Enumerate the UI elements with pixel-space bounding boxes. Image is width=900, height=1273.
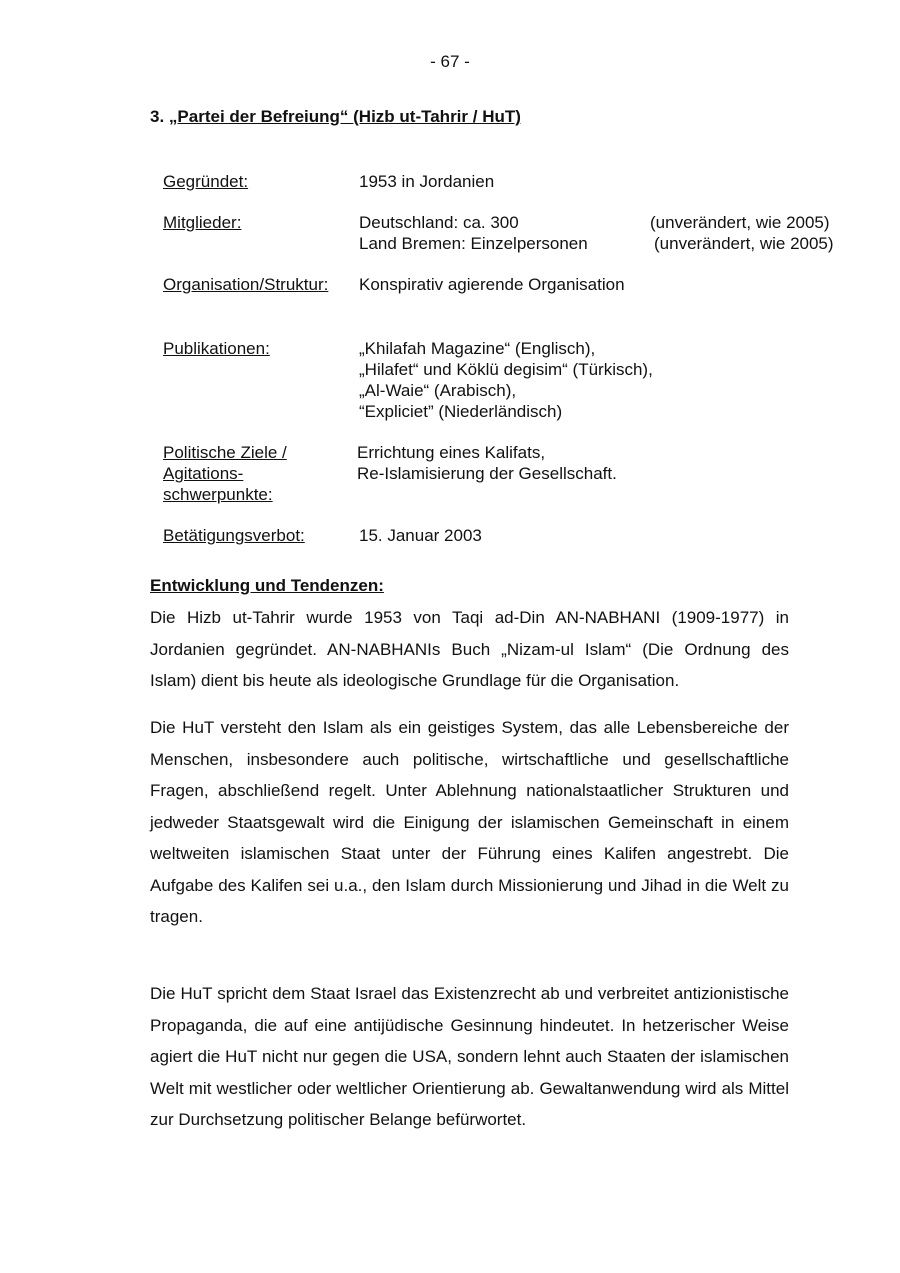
fact-label: Mitglieder: [163, 212, 241, 233]
fact-label: Betätigungsverbot: [163, 525, 305, 546]
fact-value-line: „Hilafet“ und Köklü degisim“ (Türkisch), [359, 359, 653, 380]
paragraph-2: Die HuT versteht den Islam als ein geist… [150, 712, 789, 933]
fact-label-line: schwerpunkte: [163, 484, 287, 505]
fact-value-line: Deutschland: ca. 300 [359, 212, 588, 233]
paragraph-1: Die Hizb ut-Tahrir wurde 1953 von Taqi a… [150, 602, 789, 697]
fact-value-line: Re-Islamisierung der Gesellschaft. [357, 463, 617, 484]
fact-label: Organisation/Struktur: [163, 274, 328, 295]
fact-value: Konspirativ agierende Organisation [359, 274, 625, 295]
fact-value: Deutschland: ca. 300 Land Bremen: Einzel… [359, 212, 588, 254]
section-title-text: „Partei der Befreiung“ (Hizb ut-Tahrir /… [169, 107, 521, 126]
fact-label-line: Politische Ziele / [163, 442, 287, 463]
fact-value-line: Errichtung eines Kalifats, [357, 442, 617, 463]
fact-label: Publikationen: [163, 338, 270, 359]
fact-note: (unverändert, wie 2005) [654, 233, 834, 254]
section-number: 3. [150, 107, 164, 126]
fact-value: Errichtung eines Kalifats, Re-Islamisier… [357, 442, 617, 484]
fact-value-line: Konspirativ agierende Organisation [359, 274, 625, 295]
fact-value-line: Land Bremen: Einzelpersonen [359, 233, 588, 254]
page-number: - 67 - [0, 52, 900, 72]
fact-value: 15. Januar 2003 [359, 525, 482, 546]
fact-value-line: 1953 in Jordanien [359, 171, 494, 192]
section-title: 3. „Partei der Befreiung“ (Hizb ut-Tahri… [150, 107, 521, 127]
fact-label: Gegründet: [163, 171, 248, 192]
fact-value-line: „Khilafah Magazine“ (Englisch), [359, 338, 653, 359]
fact-value: „Khilafah Magazine“ (Englisch), „Hilafet… [359, 338, 653, 422]
fact-value-line: „Al-Waie“ (Arabisch), [359, 380, 653, 401]
fact-value-line: “Expliciet” (Niederländisch) [359, 401, 653, 422]
fact-value: 1953 in Jordanien [359, 171, 494, 192]
fact-label-line: Agitations- [163, 463, 287, 484]
fact-label: Politische Ziele / Agitations- schwerpun… [163, 442, 287, 505]
paragraph-3: Die HuT spricht dem Staat Israel das Exi… [150, 978, 789, 1136]
fact-value-line: 15. Januar 2003 [359, 525, 482, 546]
development-heading: Entwicklung und Tendenzen: [150, 576, 384, 596]
fact-note: (unverändert, wie 2005) [650, 212, 830, 233]
